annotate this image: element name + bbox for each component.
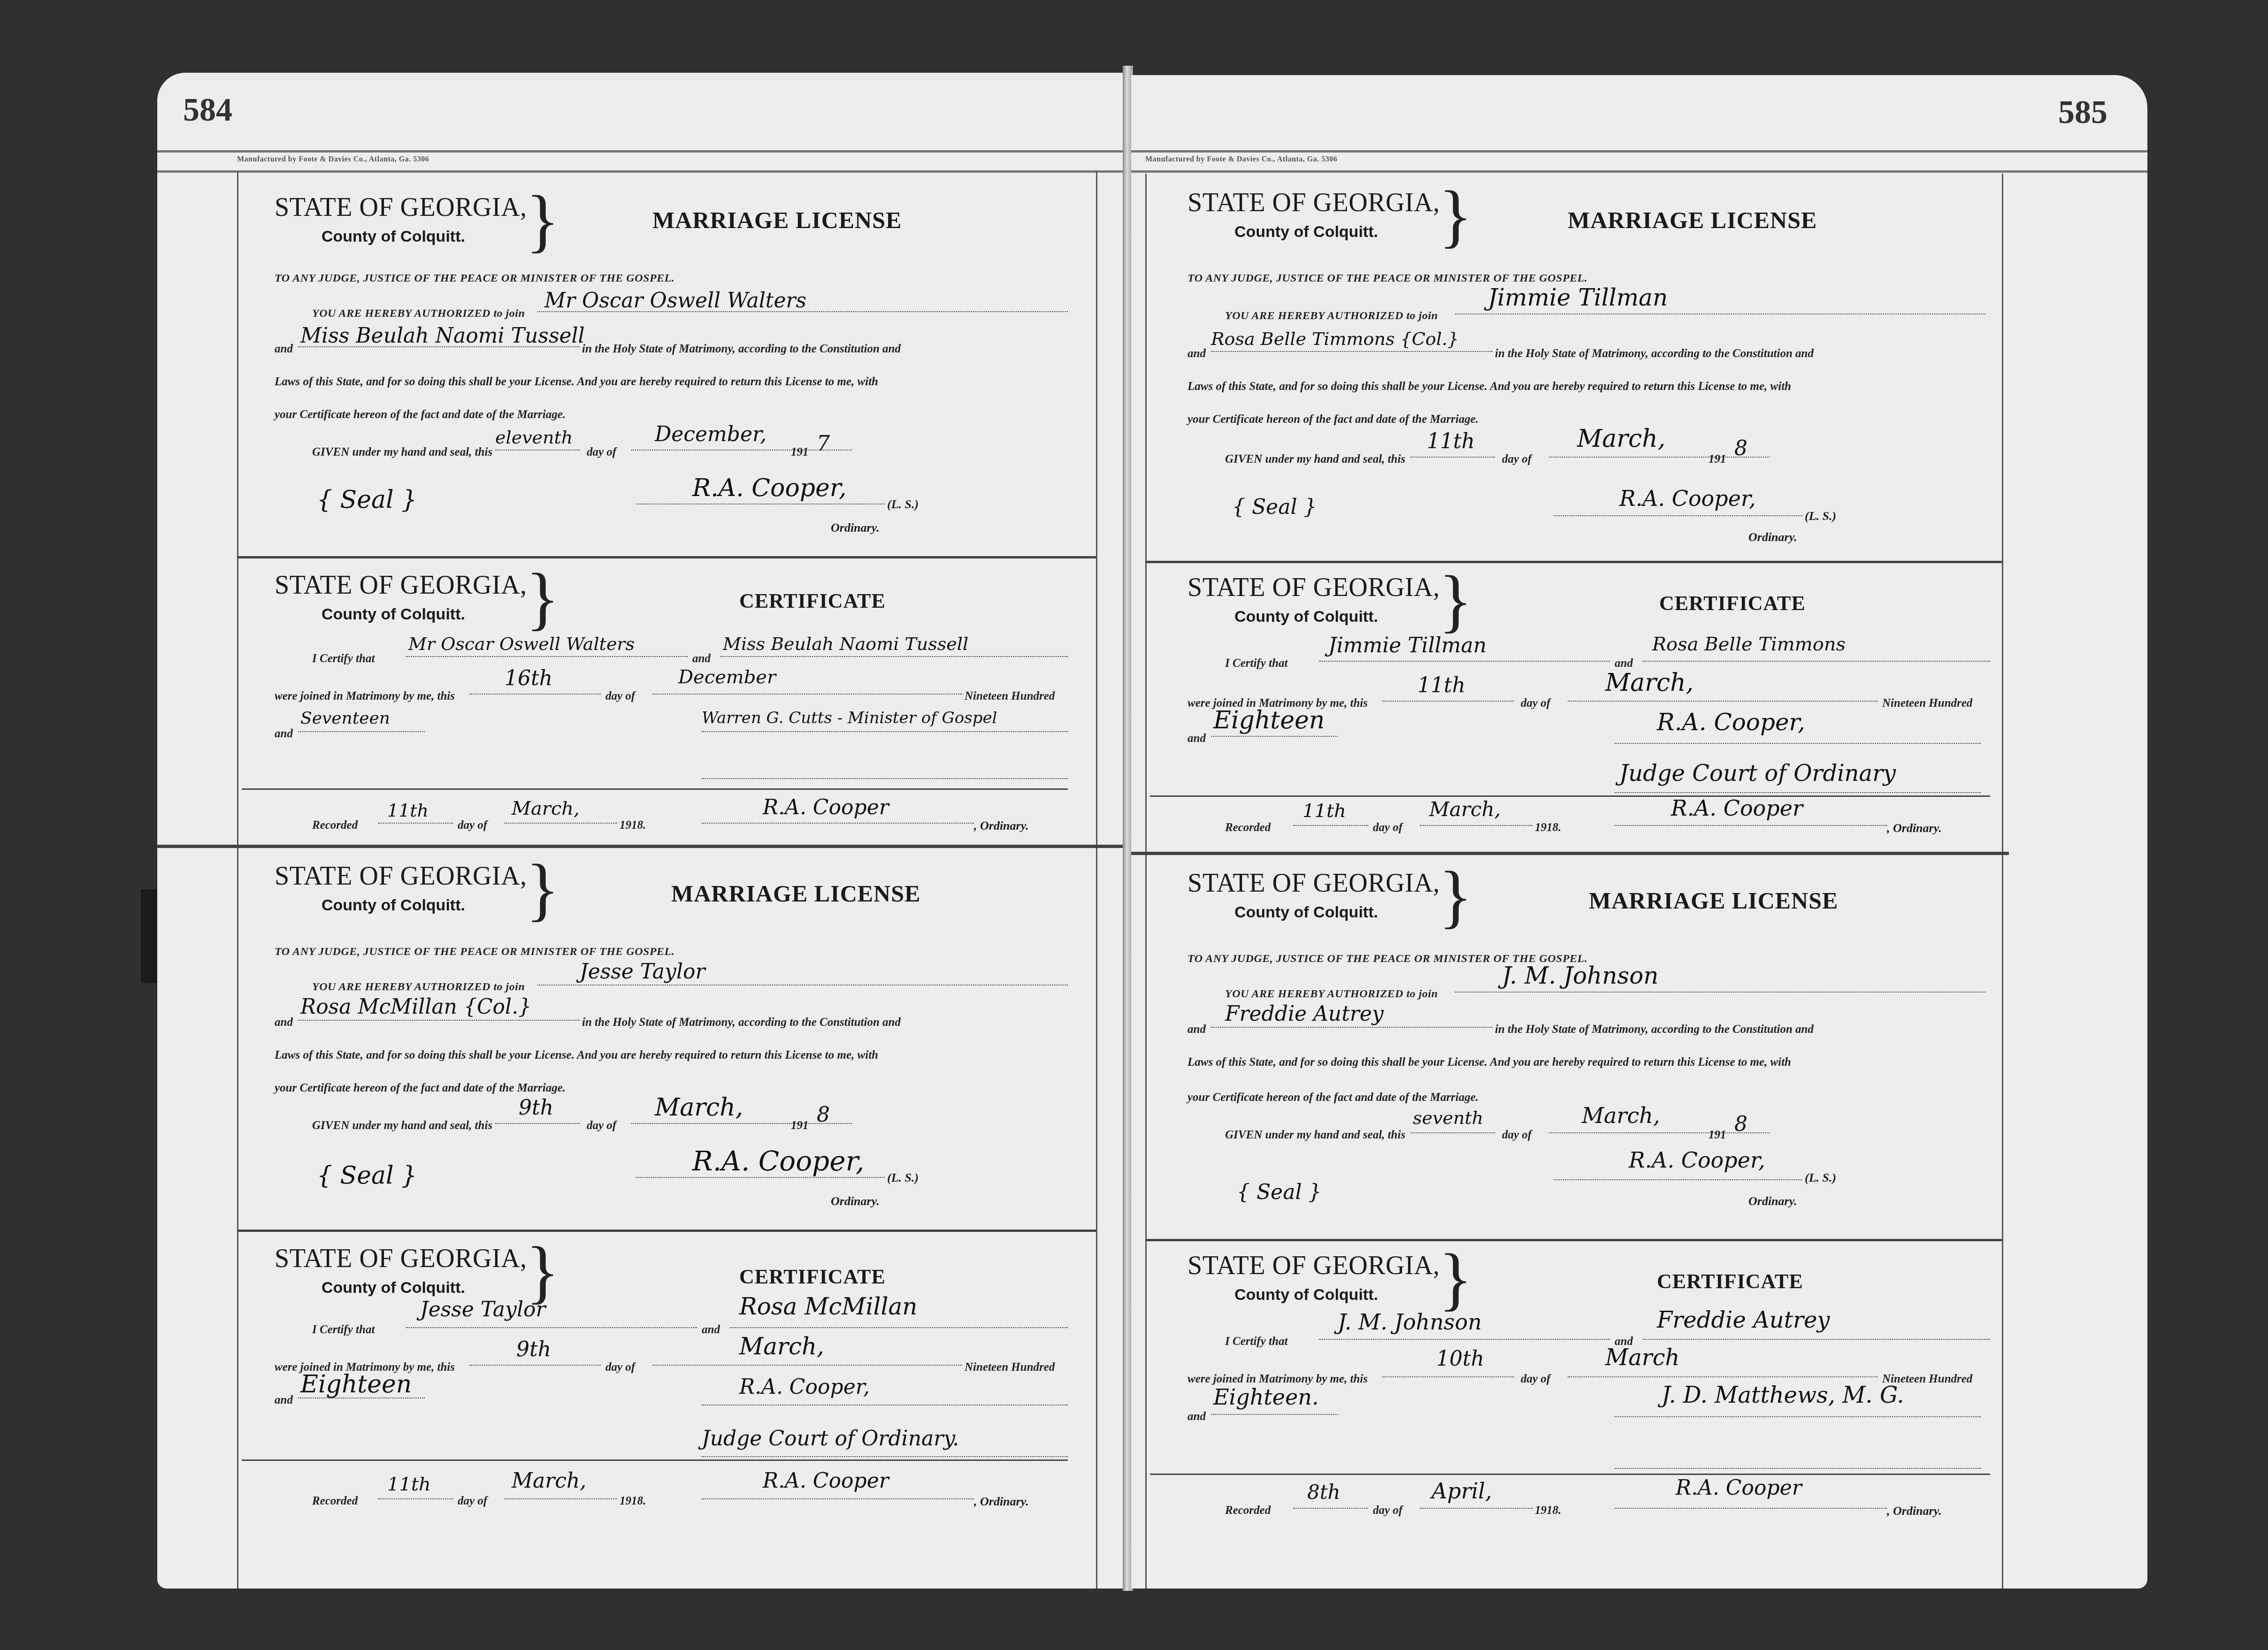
day-of-text: day of [1521,1373,1550,1386]
margin-rule [237,171,238,1589]
ls-text: (L. S.) [887,1171,919,1185]
state-heading: STATE OF GEORGIA, [1188,188,1440,218]
brace: } [1439,861,1472,932]
recorded-signature: R.A. Cooper [763,795,889,819]
recorded-month: March, [512,1469,586,1493]
officiant-signature: R.A. Cooper, [1657,709,1805,736]
year-prefix: 191 [1709,453,1726,466]
joined-month: March, [1605,669,1693,697]
brace: } [1439,1244,1472,1314]
given-day: 11th [1427,429,1475,453]
certificate-title: CERTIFICATE [739,1265,886,1289]
and-text: and [1188,1023,1206,1036]
county-heading: County of Colquitt. [322,228,465,246]
ls-text: (L. S.) [1805,509,1836,523]
authorized-text: YOU ARE HEREBY AUTHORIZED to join [312,981,525,993]
certificate-hereon-text: your Certificate hereon of the fact and … [1188,1091,1479,1104]
brace: } [526,1237,559,1307]
state-heading: STATE OF GEORGIA, [275,861,527,891]
page-number-right: 585 [2058,94,2107,131]
groom-name: Mr Oscar Oswell Walters [408,634,635,654]
page-number-left: 584 [183,92,232,129]
day-of-text: day of [587,1119,616,1132]
given-text: GIVEN under my hand and seal, this [1225,453,1405,466]
laws-text: Laws of this State, and for so doing thi… [1188,380,1791,393]
bride-name: Rosa Belle Timmons [1652,634,1846,655]
left-page: 584 Manufactured by Foote & Davies Co., … [157,73,1124,1589]
day-of-text: day of [458,1495,487,1508]
day-of-text: day of [605,1361,635,1374]
state-heading: STATE OF GEORGIA, [1188,868,1440,898]
nineteen-hundred-text: Nineteen Hundred [965,690,1055,703]
county-heading: County of Colquitt. [1234,903,1378,922]
certify-text: I Certify that [1225,657,1287,670]
ordinary-signature: R.A. Cooper, [692,474,846,502]
groom-name: Jesse Taylor [420,1298,545,1322]
margin-rule [1145,174,1147,1589]
county-heading: County of Colquitt. [322,896,465,915]
groom-name: Jimmie Tillman [1488,284,1668,311]
officiant-title: Judge Court of Ordinary. [702,1427,959,1451]
section-divider [1145,1239,2002,1241]
given-day: 9th [519,1096,553,1120]
to-any-judge-text: TO ANY JUDGE, JUSTICE OF THE PEACE OR MI… [1188,272,1587,285]
recorded-day: 11th [387,1474,431,1495]
margin-rule [1096,171,1097,1589]
recorded-day: 8th [1307,1481,1341,1504]
bride-name: Miss Beulah Naomi Tussell [300,324,585,348]
given-year-digit: 8 [1734,1112,1747,1136]
joined-month: December [678,666,776,688]
county-heading: County of Colquitt. [1234,608,1378,626]
bride-name: Freddie Autrey [1657,1307,1830,1333]
license-title: MARRIAGE LICENSE [671,880,920,907]
joined-text: were joined in Matrimony by me, this [275,690,455,703]
groom-name: Jimmie Tillman [1328,634,1486,657]
given-text: GIVEN under my hand and seal, this [312,446,492,459]
certificate-title: CERTIFICATE [1657,1269,1803,1293]
recorded-signature: R.A. Cooper [1671,795,1803,821]
record-divider [1131,852,2009,855]
year-prefix: 191 [1709,1129,1726,1142]
state-heading: STATE OF GEORGIA, [1188,1251,1440,1281]
day-of-text: day of [605,690,635,703]
ordinary-signature: R.A. Cooper, [1629,1147,1765,1173]
day-of-text: day of [458,819,487,832]
recorded-rule [1150,1474,1990,1475]
ordinary-signature: R.A. Cooper, [1619,486,1756,511]
ls-text: (L. S.) [1805,1171,1836,1185]
groom-name: Jesse Taylor [580,960,705,984]
and-text: and [702,1323,720,1337]
margin-rule [2002,174,2003,1589]
joined-month: March [1605,1344,1680,1371]
and-text: and [692,652,711,665]
given-day: eleventh [495,427,573,448]
holy-state-text: in the Holy State of Matrimony, accordin… [582,1016,901,1029]
given-year-digit: 8 [1734,436,1747,460]
state-heading: STATE OF GEORGIA, [1188,573,1440,603]
recorded-text: Recorded [1225,1504,1271,1517]
manufacturer-line: Manufactured by Foote & Davies Co., Atla… [1145,155,1337,164]
and-text: and [1188,732,1206,745]
and-text: and [1615,657,1633,670]
certificate-hereon-text: your Certificate hereon of the fact and … [275,408,566,421]
recorded-month: April, [1432,1478,1492,1504]
ordinary-label: , Ordinary. [974,819,1029,833]
and-text: and [275,727,293,741]
holy-state-text: in the Holy State of Matrimony, accordin… [582,343,901,356]
seal-mark: { Seal } [317,486,417,514]
year-words: Eighteen [300,1370,412,1398]
given-text: GIVEN under my hand and seal, this [1225,1129,1405,1142]
authorized-text: YOU ARE HEREBY AUTHORIZED to join [312,307,525,320]
county-heading: County of Colquitt. [322,1279,465,1297]
recorded-month: March, [1429,798,1501,821]
given-day: seventh [1413,1108,1483,1128]
ordinary-label: , Ordinary. [1887,1504,1942,1518]
holy-state-text: in the Holy State of Matrimony, accordin… [1495,347,1814,360]
header-rule-band: Manufactured by Foote & Davies Co., Atla… [1131,150,2147,173]
certify-text: I Certify that [312,652,375,665]
day-of-text: day of [1373,821,1402,834]
recorded-year: 1918. [620,1495,646,1508]
state-heading: STATE OF GEORGIA, [275,1244,527,1274]
license-title: MARRIAGE LICENSE [1568,206,1817,234]
and-text: and [1188,347,1206,360]
day-of-text: day of [587,446,616,459]
given-year-digit: 8 [817,1103,830,1127]
to-any-judge-text: TO ANY JUDGE, JUSTICE OF THE PEACE OR MI… [275,272,674,285]
groom-name: J. M. Johnson [1502,962,1658,989]
bride-name: Rosa Belle Timmons {Col.} [1211,328,1459,349]
state-heading: STATE OF GEORGIA, [275,192,527,222]
seal-mark: { Seal } [317,1161,417,1190]
day-of-text: day of [1502,453,1532,466]
recorded-year: 1918. [1535,821,1561,834]
bride-name: Miss Beulah Naomi Tussell [723,634,968,654]
and-text: and [275,1394,293,1407]
and-text: and [1188,1410,1206,1423]
ls-text: (L. S.) [887,497,919,512]
certificate-hereon-text: your Certificate hereon of the fact and … [1188,413,1479,426]
bride-name: Rosa McMillan [739,1293,918,1320]
state-heading: STATE OF GEORGIA, [275,570,527,600]
ordinary-label: , Ordinary. [974,1495,1029,1509]
joined-text: were joined in Matrimony by me, this [1188,1373,1368,1386]
officiant-signature: J. D. Matthews, M. G. [1662,1382,1904,1408]
given-month: March, [1577,425,1665,453]
and-text: and [275,343,293,356]
given-month: March, [1582,1103,1660,1128]
year-words: Seventeen [300,709,390,728]
brace: } [526,854,559,924]
recorded-year: 1918. [1535,1504,1561,1517]
day-of-text: day of [1373,1504,1402,1517]
recorded-text: Recorded [312,1495,358,1508]
ordinary-signature: R.A. Cooper, [692,1145,864,1177]
license-title: MARRIAGE LICENSE [652,206,902,234]
given-month: March, [655,1093,743,1122]
brace: } [526,563,559,634]
right-page: 585 Manufactured by Foote & Davies Co., … [1131,75,2147,1589]
seal-mark: { Seal } [1237,1180,1321,1204]
header-rule-band: Manufactured by Foote & Davies Co., Atla… [157,150,1124,173]
officiant-signature: R.A. Cooper, [739,1375,870,1399]
nineteen-hundred-text: Nineteen Hundred [965,1361,1055,1374]
joined-day: 16th [505,666,552,690]
day-of-text: day of [1502,1129,1532,1142]
manufacturer-line: Manufactured by Foote & Davies Co., Atla… [237,155,429,164]
ordinary-label: Ordinary. [831,1194,880,1208]
year-prefix: 191 [791,446,809,459]
county-heading: County of Colquitt. [1234,223,1378,241]
certificate-title: CERTIFICATE [739,589,886,613]
day-of-text: day of [1521,697,1550,710]
recorded-rule [242,788,1068,790]
year-prefix: 191 [791,1119,809,1132]
ordinary-label: Ordinary. [1748,530,1797,544]
section-divider [237,1230,1096,1232]
certificate-title: CERTIFICATE [1659,591,1806,615]
joined-day: 9th [516,1337,551,1361]
authorized-text: YOU ARE HEREBY AUTHORIZED to join [1225,310,1438,322]
ordinary-label: Ordinary. [1748,1194,1797,1208]
recorded-signature: R.A. Cooper [763,1469,889,1493]
certificate-hereon-text: your Certificate hereon of the fact and … [275,1082,566,1095]
groom-name: Mr Oscar Oswell Walters [544,289,806,313]
section-divider [237,556,1096,558]
to-any-judge-text: TO ANY JUDGE, JUSTICE OF THE PEACE OR MI… [275,946,674,958]
given-month: December, [655,422,766,446]
county-heading: County of Colquitt. [322,605,465,624]
recorded-rule [242,1459,1068,1461]
recorded-signature: R.A. Cooper [1676,1476,1802,1500]
section-divider [1145,561,2002,563]
groom-name: J. M. Johnson [1338,1309,1482,1335]
recorded-month: March, [512,798,580,819]
ordinary-label: Ordinary. [831,521,880,535]
year-words: Eighteen [1213,706,1325,734]
nineteen-hundred-text: Nineteen Hundred [1882,697,1972,710]
ordinary-label: , Ordinary. [1887,821,1942,835]
license-title: MARRIAGE LICENSE [1589,887,1838,914]
joined-month: March, [739,1333,824,1360]
joined-day: 10th [1436,1347,1484,1371]
recorded-text: Recorded [312,819,358,832]
joined-day: 11th [1417,673,1465,697]
officiant-field-2 [702,756,1068,779]
authorized-text: YOU ARE HEREBY AUTHORIZED to join [1225,988,1438,1001]
bride-name: Freddie Autrey [1225,1002,1384,1026]
officiant-field-2 [1615,1445,1981,1469]
recorded-rule [1150,795,1990,797]
laws-text: Laws of this State, and for so doing thi… [275,375,878,389]
recorded-text: Recorded [1225,821,1271,834]
year-words: Eighteen. [1213,1384,1319,1410]
officiant-signature: Warren G. Cutts - Minister of Gospel [702,709,997,727]
and-text: and [275,1016,293,1029]
given-text: GIVEN under my hand and seal, this [312,1119,492,1132]
brace: } [1439,565,1472,636]
certify-text: I Certify that [1225,1335,1287,1348]
recorded-day: 11th [387,800,429,821]
brace: } [1439,181,1472,251]
officiant-title: Judge Court of Ordinary [1619,760,1896,787]
brace: } [526,185,559,256]
laws-text: Laws of this State, and for so doing thi… [275,1049,878,1062]
record-divider [157,845,1124,848]
given-year-digit: 7 [817,432,830,456]
laws-text: Laws of this State, and for so doing thi… [1188,1056,1791,1069]
county-heading: County of Colquitt. [1234,1286,1378,1304]
certify-text: I Certify that [312,1323,375,1337]
recorded-year: 1918. [620,819,646,832]
recorded-day: 11th [1303,800,1346,822]
bride-name: Rosa McMillan {Col.} [300,995,531,1019]
holy-state-text: in the Holy State of Matrimony, accordin… [1495,1023,1814,1036]
seal-mark: { Seal } [1232,495,1317,519]
